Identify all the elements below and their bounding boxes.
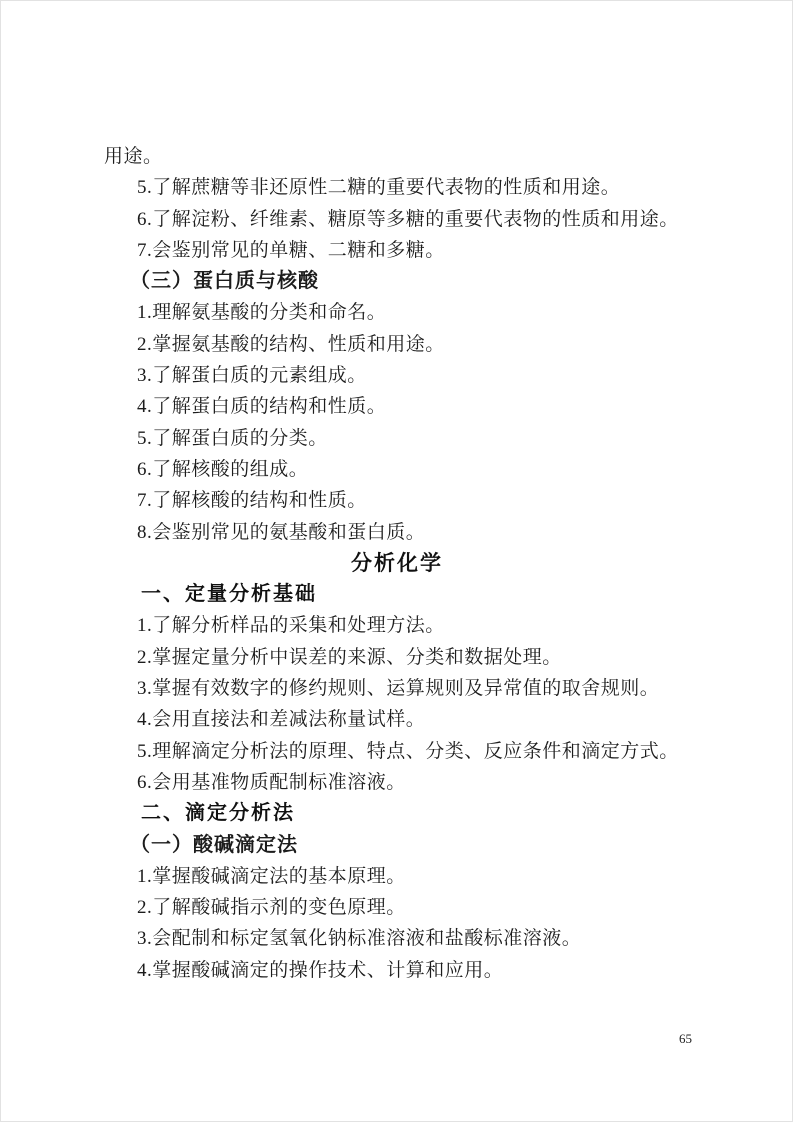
document-page: 用途。 5.了解蔗糖等非还原性二糖的重要代表物的性质和用途。 6.了解淀粉、纤维…: [0, 0, 793, 1122]
list-item: 2.了解酸碱指示剂的变色原理。: [104, 892, 690, 923]
list-item: 3.会配制和标定氢氧化钠标准溶液和盐酸标准溶液。: [104, 923, 690, 954]
list-item: 4.会用直接法和差减法称量试样。: [104, 704, 690, 735]
list-item: 4.了解蛋白质的结构和性质。: [104, 391, 690, 422]
paragraph-continuation: 用途。: [104, 141, 690, 172]
list-item: 5.了解蛋白质的分类。: [104, 423, 690, 454]
subsection-heading-acid-base-titration: （一）酸碱滴定法: [104, 830, 690, 861]
list-item: 5.理解滴定分析法的原理、特点、分类、反应条件和滴定方式。: [104, 736, 690, 767]
list-item: 7.了解核酸的结构和性质。: [104, 485, 690, 516]
list-item: 8.会鉴别常见的氨基酸和蛋白质。: [104, 517, 690, 548]
list-item: 1.掌握酸碱滴定法的基本原理。: [104, 861, 690, 892]
chapter-title-analytical-chemistry: 分析化学: [104, 548, 690, 579]
list-item: 2.掌握氨基酸的结构、性质和用途。: [104, 329, 690, 360]
list-item: 1.了解分析样品的采集和处理方法。: [104, 610, 690, 641]
section-heading-titration-analysis: 二、滴定分析法: [104, 798, 690, 829]
list-item: 4.掌握酸碱滴定的操作技术、计算和应用。: [104, 955, 690, 986]
document-content: 用途。 5.了解蔗糖等非还原性二糖的重要代表物的性质和用途。 6.了解淀粉、纤维…: [104, 141, 690, 986]
list-item: 5.了解蔗糖等非还原性二糖的重要代表物的性质和用途。: [104, 172, 690, 203]
list-item: 1.理解氨基酸的分类和命名。: [104, 297, 690, 328]
list-item: 3.掌握有效数字的修约规则、运算规则及异常值的取舍规则。: [104, 673, 690, 704]
subsection-heading-protein-nucleic-acid: （三）蛋白质与核酸: [104, 266, 690, 297]
list-item: 6.了解核酸的组成。: [104, 454, 690, 485]
list-item: 6.会用基准物质配制标准溶液。: [104, 767, 690, 798]
list-item: 6.了解淀粉、纤维素、糖原等多糖的重要代表物的性质和用途。: [104, 204, 690, 235]
page-number: 65: [679, 1031, 692, 1047]
section-heading-quantitative-analysis-basics: 一、定量分析基础: [104, 579, 690, 610]
list-item: 7.会鉴别常见的单糖、二糖和多糖。: [104, 235, 690, 266]
list-item: 2.掌握定量分析中误差的来源、分类和数据处理。: [104, 642, 690, 673]
list-item: 3.了解蛋白质的元素组成。: [104, 360, 690, 391]
